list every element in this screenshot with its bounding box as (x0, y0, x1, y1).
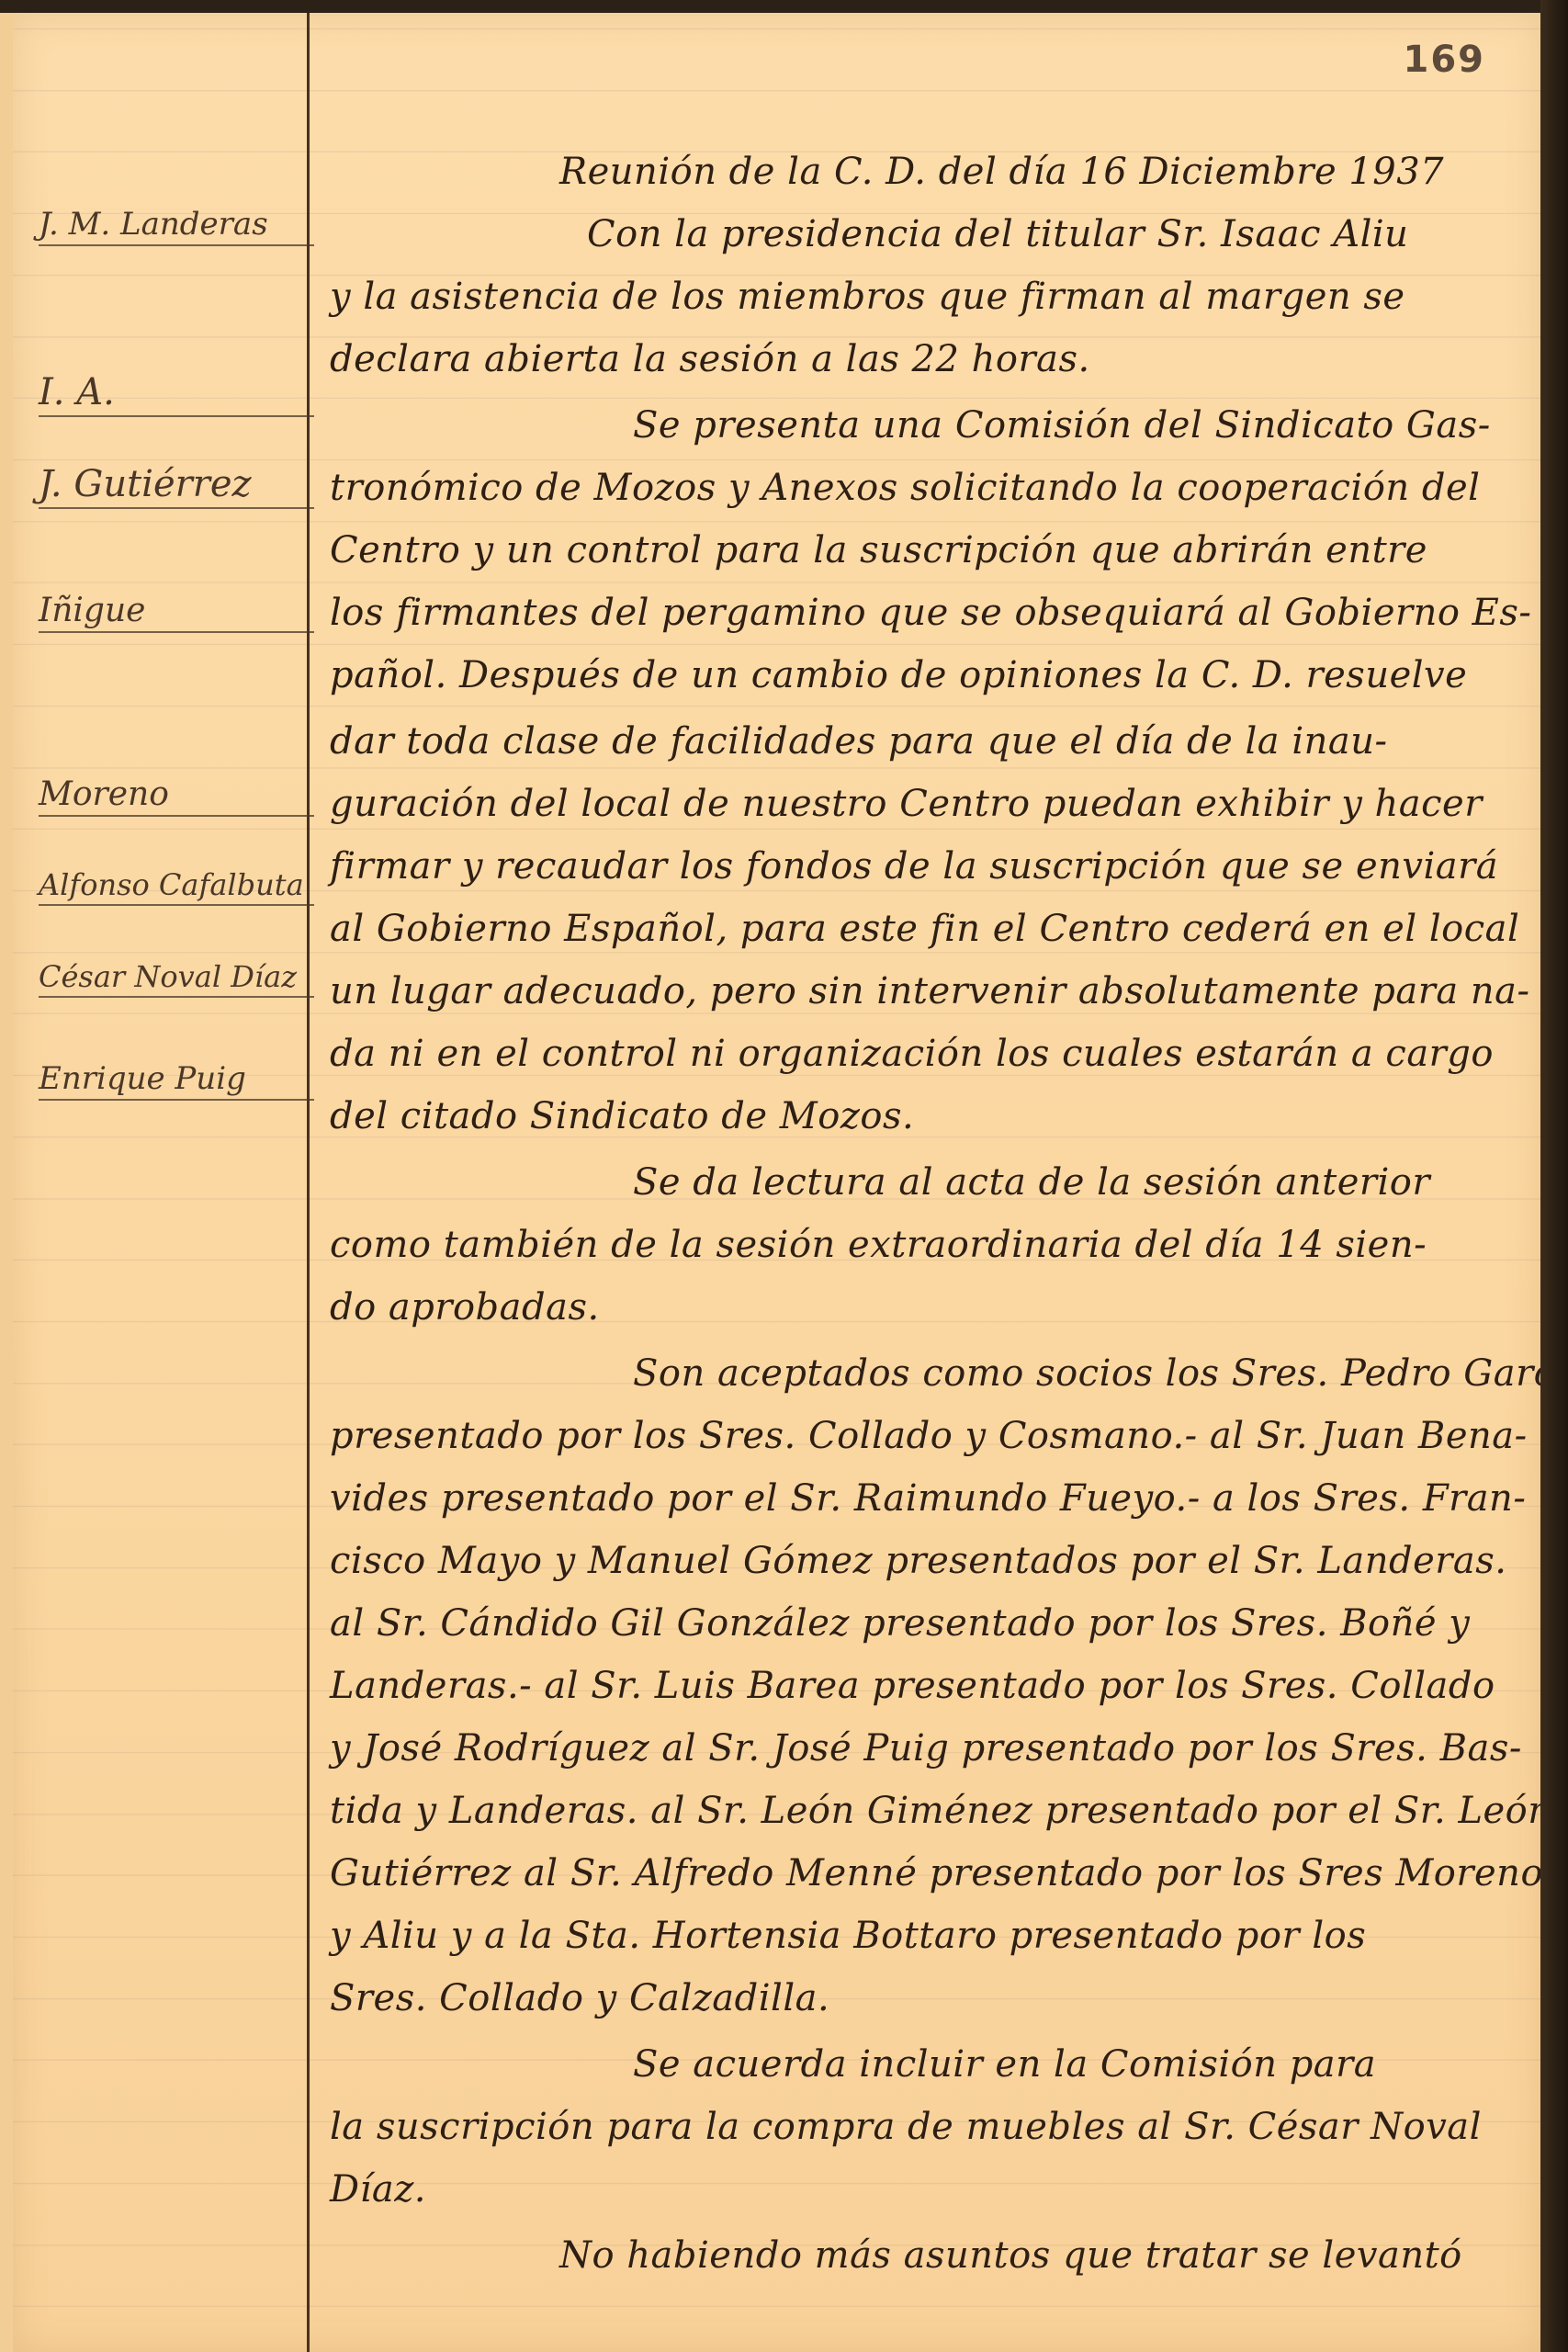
manuscript-line: y la asistencia de los miembros que firm… (330, 276, 1405, 318)
manuscript-line: Con la presidencia del titular Sr. Isaac… (330, 213, 1408, 255)
manuscript-line: y José Rodríguez al Sr. José Puig presen… (330, 1727, 1522, 1770)
manuscript-line: presentado por los Sres. Collado y Cosma… (330, 1415, 1528, 1457)
margin-signature: Enrique Puig (39, 1060, 314, 1101)
manuscript-line: Se acuerda incluir en la Comisión para (330, 2043, 1376, 2086)
manuscript-line: Son aceptados como socios los Sres. Pedr… (330, 1352, 1568, 1395)
manuscript-line: No habiendo más asuntos que tratar se le… (330, 2234, 1462, 2277)
manuscript-line: da ni en el control ni organización los … (330, 1033, 1494, 1075)
manuscript-line: Díaz. (330, 2168, 426, 2211)
manuscript-line: la suscripción para la compra de muebles… (330, 2106, 1482, 2148)
margin-signature: J. M. Landeras (39, 206, 314, 246)
manuscript-line: Centro y un control para la suscripción … (330, 529, 1427, 571)
ledger-page: 169 J. M. LanderasI. A.J. GutiérrezIñigu… (13, 13, 1540, 2352)
manuscript-line: vides presentado por el Sr. Raimundo Fue… (330, 1477, 1526, 1520)
manuscript-line: tronómico de Mozos y Anexos solicitando … (330, 467, 1480, 509)
manuscript-line: do aprobadas. (330, 1286, 600, 1329)
manuscript-line: Gutiérrez al Sr. Alfredo Menné presentad… (330, 1852, 1543, 1894)
margin-signature: César Noval Díaz (39, 959, 314, 998)
manuscript-line: dar toda clase de facilidades para que e… (330, 720, 1388, 763)
manuscript-line: un lugar adecuado, pero sin intervenir a… (330, 970, 1530, 1012)
manuscript-line: del citado Sindicato de Mozos. (330, 1095, 914, 1137)
manuscript-line: Landeras.- al Sr. Luis Barea presentado … (330, 1665, 1495, 1707)
margin-signature: Alfonso Cafalbuta (39, 867, 314, 906)
manuscript-line: firmar y recaudar los fondos de la suscr… (330, 845, 1498, 888)
manuscript-line: los firmantes del pergamino que se obseq… (330, 592, 1531, 634)
folio-number: 169 (1404, 39, 1486, 81)
manuscript-line: pañol. Después de un cambio de opiniones… (330, 654, 1467, 696)
manuscript-line: Reunión de la C. D. del día 16 Diciembre… (330, 151, 1444, 193)
manuscript-line: y Aliu y a la Sta. Hortensia Bottaro pre… (330, 1915, 1366, 1957)
manuscript-line: al Gobierno Español, para este fin el Ce… (330, 908, 1519, 950)
manuscript-line: Se da lectura al acta de la sesión anter… (330, 1161, 1430, 1204)
manuscript-line: Se presenta una Comisión del Sindicato G… (330, 404, 1491, 447)
manuscript-line: guración del local de nuestro Centro pue… (330, 783, 1483, 825)
margin-signature: Moreno (39, 775, 314, 817)
margin-signature: J. Gutiérrez (39, 463, 314, 509)
manuscript-line: Sres. Collado y Calzadilla. (330, 1977, 829, 2019)
margin-signature: I. A. (39, 371, 314, 417)
margin-signature: Iñigue (39, 592, 314, 633)
manuscript-line: al Sr. Cándido Gil González presentado p… (330, 1602, 1470, 1645)
margin-rule (307, 13, 310, 2352)
manuscript-line: declara abierta la sesión a las 22 horas… (330, 338, 1090, 380)
manuscript-line: como también de la sesión extraordinaria… (330, 1224, 1427, 1266)
manuscript-line: cisco Mayo y Manuel Gómez presentados po… (330, 1540, 1507, 1582)
book-cover-edge (1540, 0, 1568, 2352)
manuscript-line: tida y Landeras. al Sr. León Giménez pre… (330, 1790, 1552, 1832)
